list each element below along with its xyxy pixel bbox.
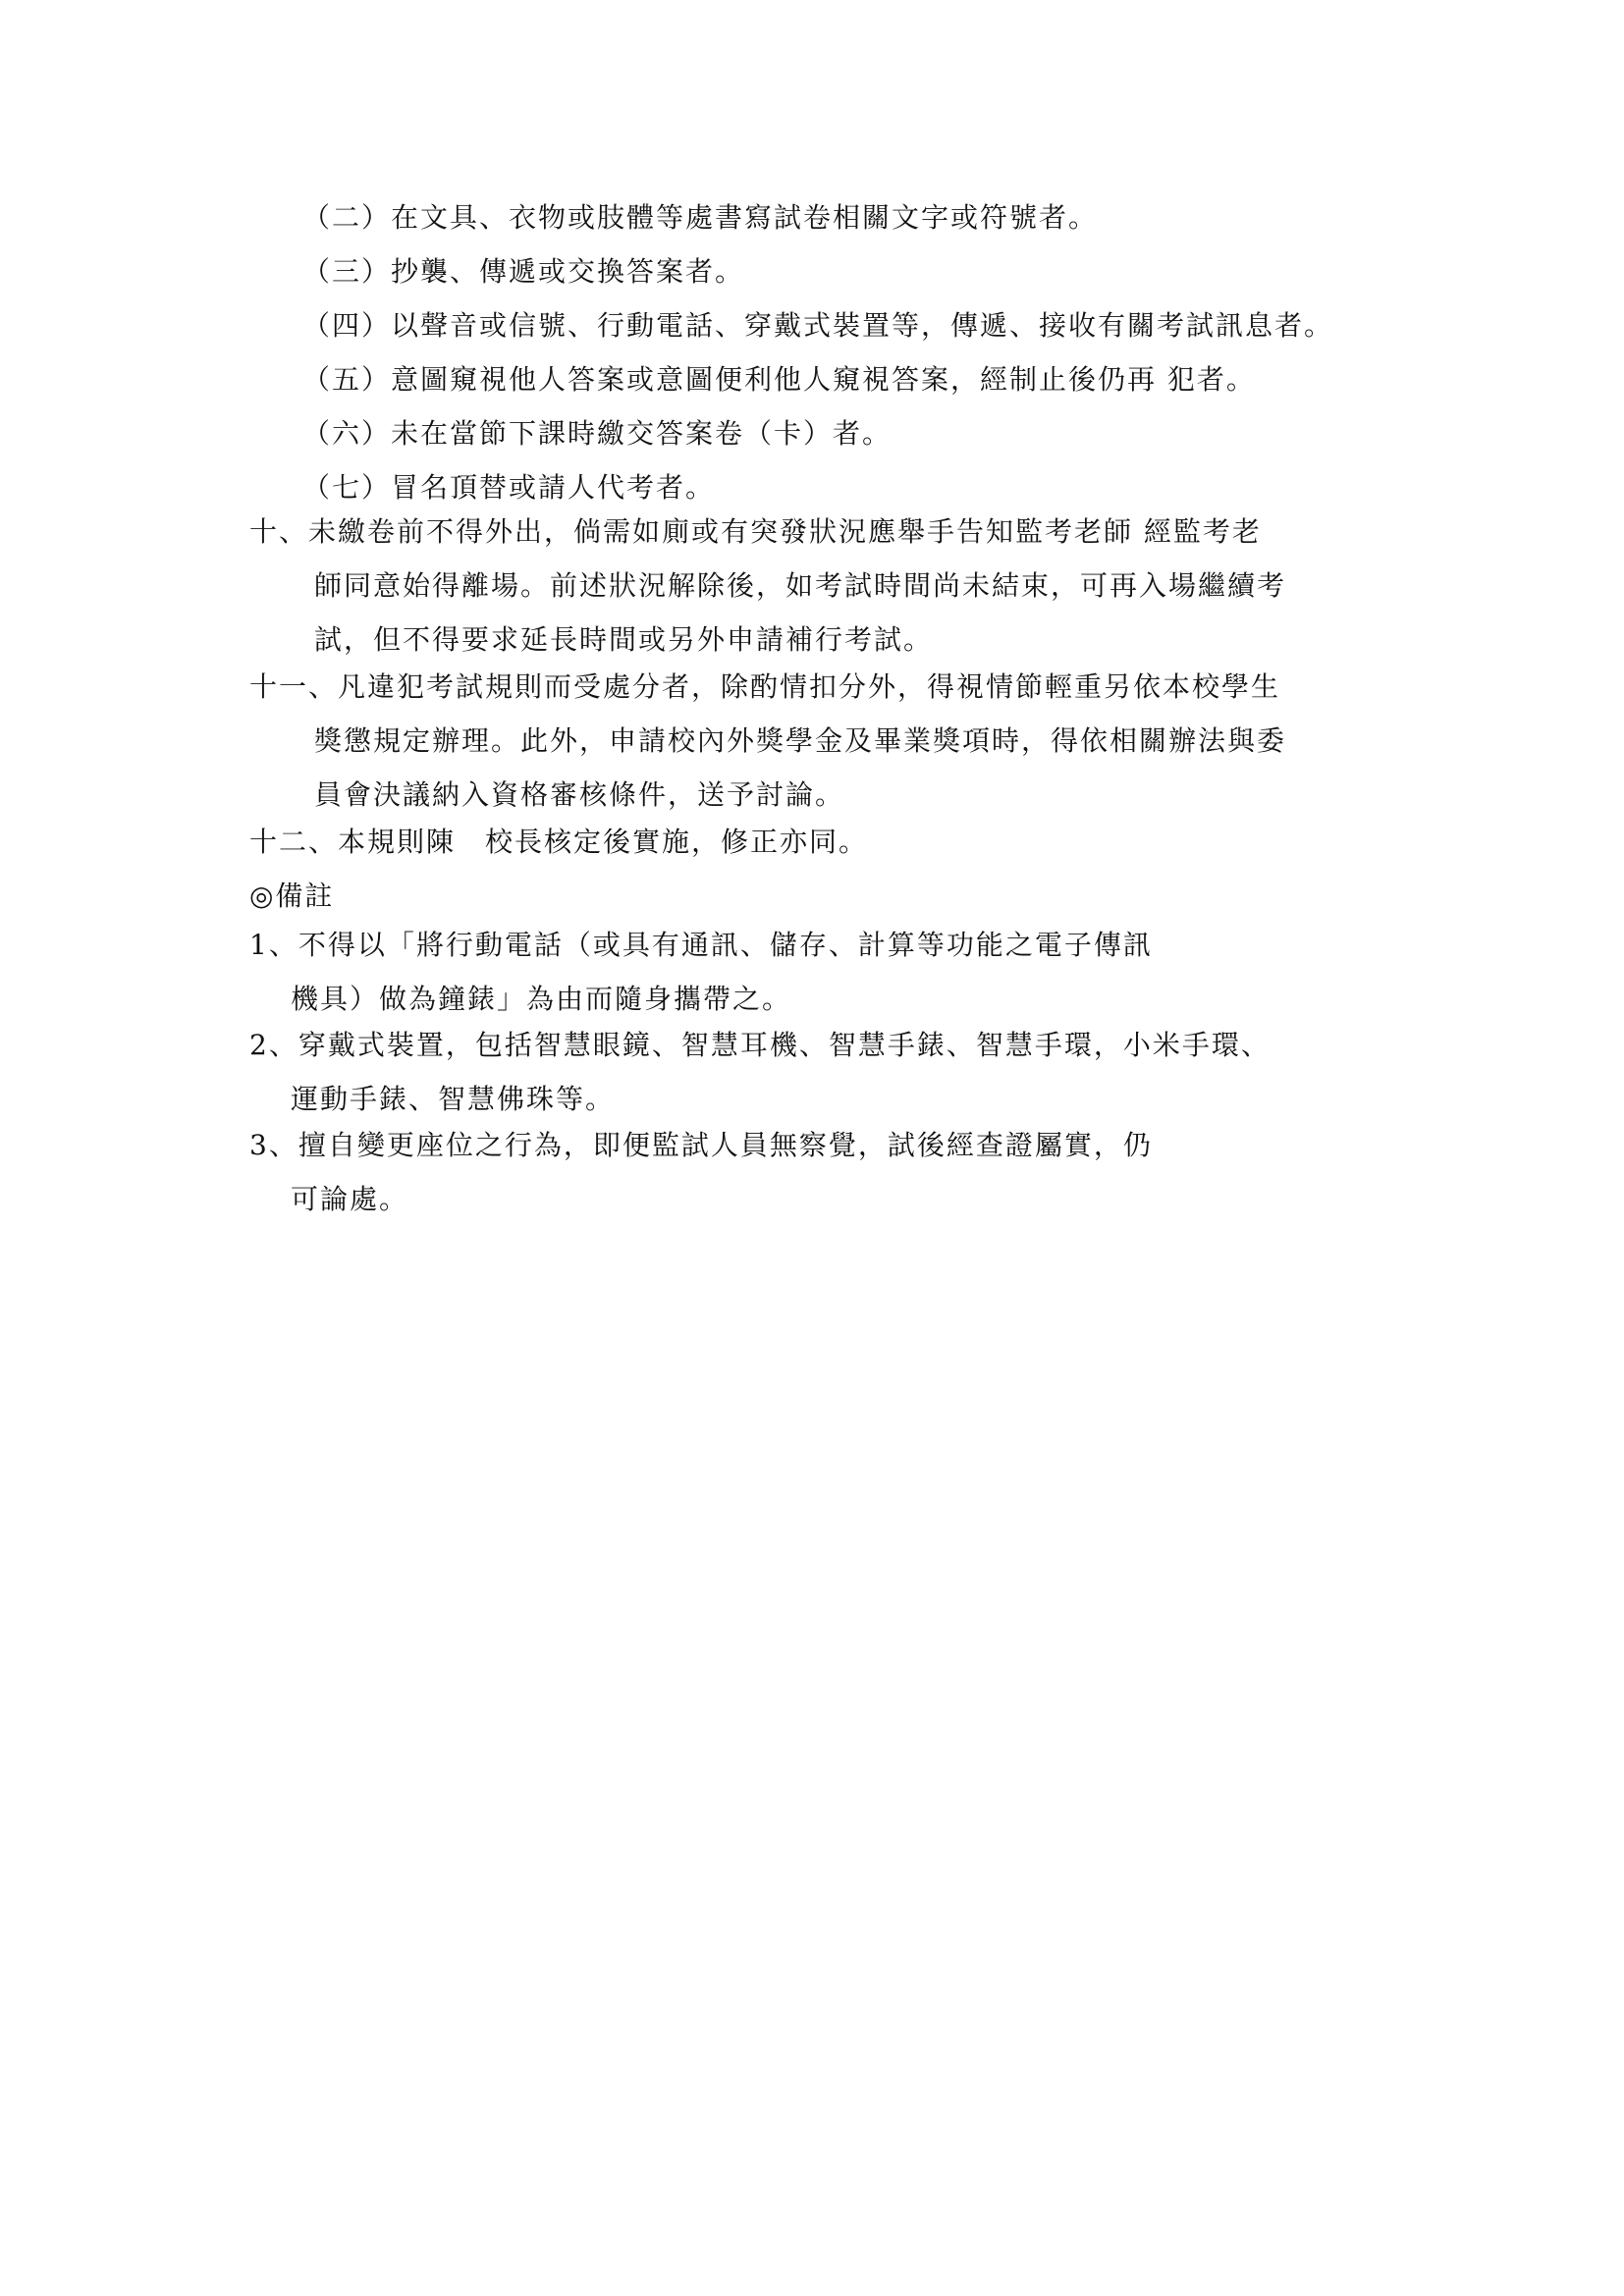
sub-item-7: （七）冒名頂替或請人代考者。 [302,468,715,507]
item-12: 十二、本規則陳 校長核定後實施，修正亦同。 [249,823,868,862]
sub-item-4: （四）以聲音或信號、行動電話、穿戴式裝置等，傳遞、接收有關考試訊息者。 [302,306,1333,346]
notes-heading: ◎備註 [249,877,334,916]
item-11-line-2: 獎懲規定辦理。此外，申請校內外獎學金及畢業獎項時，得依相關辦法與委 [314,721,1286,761]
sub-item-5: （五）意圖窺視他人答案或意圖便利他人窺視答案，經制止後仍再 犯者。 [302,360,1256,400]
sub-item-6: （六）未在當節下課時繳交答案卷（卡）者。 [302,414,892,454]
note-1-line-2: 機具）做為鐘錶」為由而隨身攜帶之。 [291,980,791,1019]
note-2-line-2: 運動手錶、智慧佛珠等。 [291,1080,615,1119]
item-10-line-1: 十、未繳卷前不得外出，倘需如廁或有突發狀況應舉手告知監考老師 經監考老 [249,512,1262,552]
sub-item-3: （三）抄襲、傳遞或交換答案者。 [302,252,744,292]
document-page: （二）在文具、衣物或肢體等處書寫試卷相關文字或符號者。 （三）抄襲、傳遞或交換答… [0,0,1624,2296]
sub-item-2: （二）在文具、衣物或肢體等處書寫試卷相關文字或符號者。 [302,198,1098,238]
item-11-line-3: 員會決議納入資格審核條件，送予討論。 [314,775,844,815]
note-1-line-1: 1、不得以「將行動電話（或具有通訊、儲存、計算等功能之電子傳訊 [249,926,1153,965]
note-2-line-1: 2、穿戴式裝置，包括智慧眼鏡、智慧耳機、智慧手錶、智慧手環，小米手環、 [249,1026,1271,1065]
note-3-line-2: 可論處。 [291,1180,408,1219]
item-11-line-1: 十一、凡違犯考試規則而受處分者，除酌情扣分外，得視情節輕重另依本校學生 [249,667,1280,707]
item-10-line-3: 試，但不得要求延長時間或另外申請補行考試。 [314,620,933,660]
item-10-line-2: 師同意始得離場。前述狀況解除後，如考試時間尚未結束，可再入場繼續考 [314,566,1286,606]
note-3-line-1: 3、擅自變更座位之行為，即便監試人員無察覺，試後經查證屬實，仍 [249,1126,1153,1165]
